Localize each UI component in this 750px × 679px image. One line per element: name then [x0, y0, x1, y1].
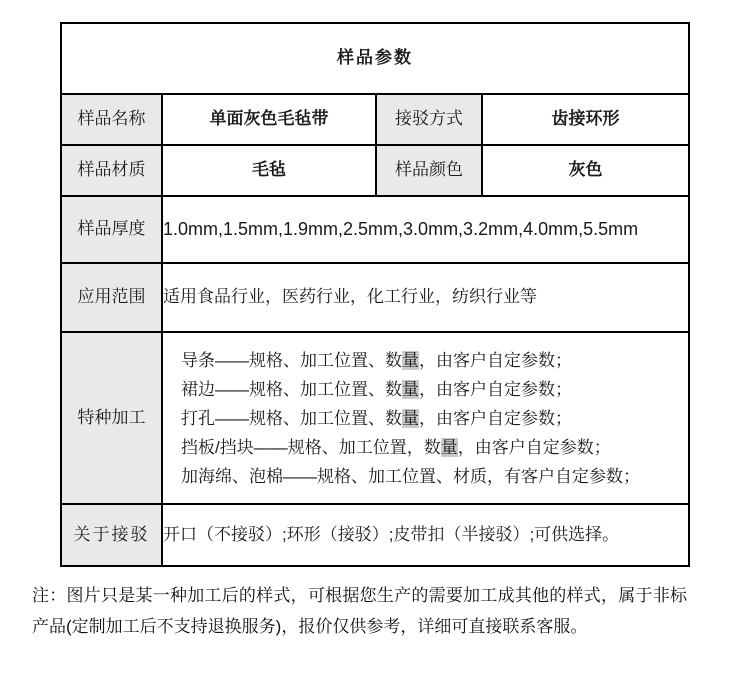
footnote-text: 注：图片只是某一种加工后的样式，可根据您生产的需要加工成其他的样式，属于非标产品…: [32, 580, 687, 642]
application-value: 适用食品行业，医药行业，化工行业，纺织行业等: [162, 263, 689, 332]
table-row: 关于接驳 开口（不接驳）;环形（接驳）;皮带扣（半接驳）;可供选择。: [61, 504, 689, 566]
table-row: 应用范围 适用食品行业，医药行业，化工行业，纺织行业等: [61, 263, 689, 332]
table-row: 特种加工 导条——规格、加工位置、数量，由客户自定参数；裙边——规格、加工位置、…: [61, 332, 689, 504]
table-row: 样品厚度 1.0mm,1.5mm,1.9mm,2.5mm,3.0mm,3.2mm…: [61, 196, 689, 263]
material-label: 样品材质: [61, 145, 162, 196]
joining-method-label: 接驳方式: [376, 94, 482, 145]
color-label: 样品颜色: [376, 145, 482, 196]
sample-name-label: 样品名称: [61, 94, 162, 145]
special-processing-line: 挡板/挡块——规格、加工位置，数量，由客户自定参数；: [181, 433, 680, 462]
sample-name-value: 单面灰色毛毡带: [162, 94, 376, 145]
highlighted-char: 量: [402, 380, 419, 399]
thickness-value: 1.0mm,1.5mm,1.9mm,2.5mm,3.0mm,3.2mm,4.0m…: [162, 196, 689, 263]
special-processing-lines: 导条——规格、加工位置、数量，由客户自定参数；裙边——规格、加工位置、数量，由客…: [163, 336, 688, 501]
sample-parameters-table: 样品参数 样品名称 单面灰色毛毡带 接驳方式 齿接环形 样品材质 毛毡 样品颜色…: [60, 22, 690, 567]
table-title: 样品参数: [61, 23, 689, 94]
joining-info-label: 关于接驳: [61, 504, 162, 566]
joining-method-value: 齿接环形: [482, 94, 689, 145]
highlighted-char: 量: [402, 351, 419, 370]
special-processing-line: 导条——规格、加工位置、数量，由客户自定参数；: [181, 346, 680, 375]
joining-info-value: 开口（不接驳）;环形（接驳）;皮带扣（半接驳）;可供选择。: [162, 504, 689, 566]
highlighted-char: 量: [441, 438, 458, 457]
table-title-row: 样品参数: [61, 23, 689, 94]
special-processing-value: 导条——规格、加工位置、数量，由客户自定参数；裙边——规格、加工位置、数量，由客…: [162, 332, 689, 504]
special-processing-line: 加海绵、泡棉——规格、加工位置、材质，有客户自定参数；: [181, 462, 680, 491]
highlighted-char: 量: [402, 409, 419, 428]
material-value: 毛毡: [162, 145, 376, 196]
table-row: 样品材质 毛毡 样品颜色 灰色: [61, 145, 689, 196]
special-processing-label: 特种加工: [61, 332, 162, 504]
special-processing-line: 裙边——规格、加工位置、数量，由客户自定参数；: [181, 375, 680, 404]
color-value: 灰色: [482, 145, 689, 196]
table-row: 样品名称 单面灰色毛毡带 接驳方式 齿接环形: [61, 94, 689, 145]
thickness-label: 样品厚度: [61, 196, 162, 263]
application-label: 应用范围: [61, 263, 162, 332]
special-processing-line: 打孔——规格、加工位置、数量，由客户自定参数；: [181, 404, 680, 433]
